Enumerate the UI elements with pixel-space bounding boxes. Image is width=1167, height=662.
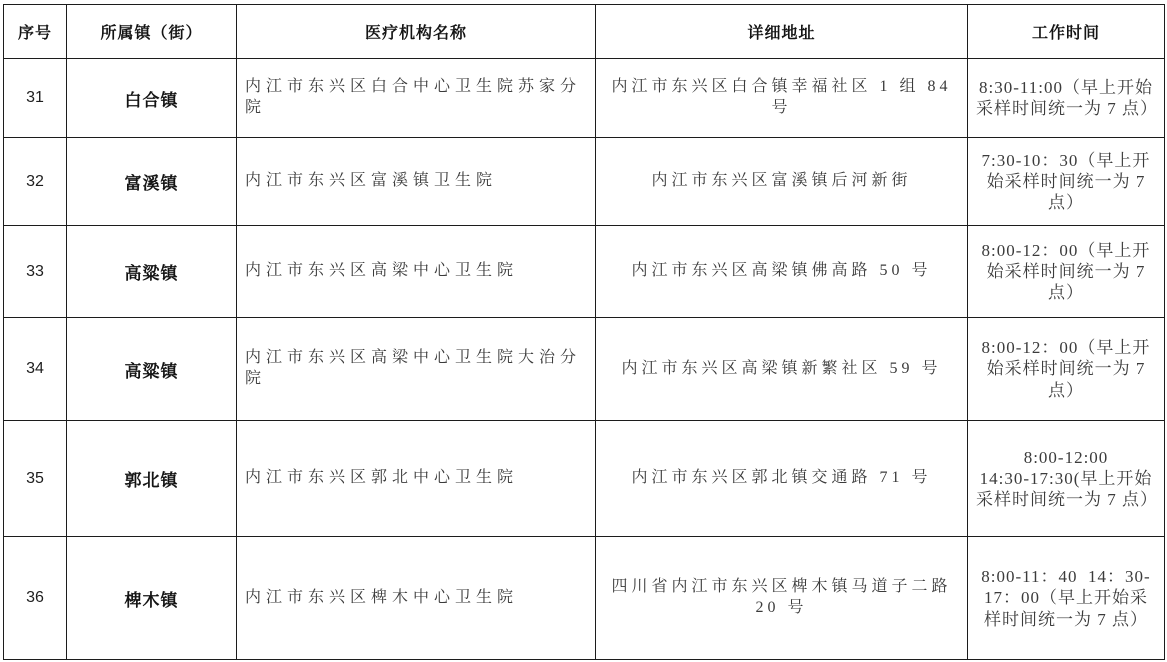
cell-serial-number: 34 — [4, 318, 67, 421]
header-serial-number: 序号 — [4, 5, 67, 59]
table-body: 31 白合镇 内江市东兴区白合中心卫生院苏家分院 内江市东兴区白合镇幸福社区 1… — [4, 59, 1165, 660]
cell-town: 富溪镇 — [67, 138, 237, 226]
cell-working-hours: 8:30-11:00（早上开始采样时间统一为 7 点） — [968, 59, 1165, 138]
cell-town: 郭北镇 — [67, 421, 237, 537]
table-row: 36 椑木镇 内江市东兴区椑木中心卫生院 四川省内江市东兴区椑木镇马道子二路 2… — [4, 537, 1165, 660]
cell-working-hours: 8:00-11：40 14：30-17：00（早上开始采样时间统一为 7 点） — [968, 537, 1165, 660]
cell-serial-number: 32 — [4, 138, 67, 226]
header-working-hours: 工作时间 — [968, 5, 1165, 59]
cell-institution-name: 内江市东兴区高梁中心卫生院大治分院 — [237, 318, 596, 421]
cell-address: 内江市东兴区富溪镇后河新街 — [596, 138, 968, 226]
cell-working-hours: 8:00-12：00（早上开始采样时间统一为 7 点） — [968, 318, 1165, 421]
table-row: 34 高粱镇 内江市东兴区高梁中心卫生院大治分院 内江市东兴区高梁镇新繁社区 5… — [4, 318, 1165, 421]
medical-sites-table: 序号 所属镇（街） 医疗机构名称 详细地址 工作时间 31 白合镇 内江市东兴区… — [3, 4, 1165, 660]
cell-address: 内江市东兴区白合镇幸福社区 1 组 84 号 — [596, 59, 968, 138]
header-row: 序号 所属镇（街） 医疗机构名称 详细地址 工作时间 — [4, 5, 1165, 59]
header-town: 所属镇（街） — [67, 5, 237, 59]
cell-working-hours: 7:30-10：30（早上开始采样时间统一为 7 点） — [968, 138, 1165, 226]
table-row: 35 郭北镇 内江市东兴区郭北中心卫生院 内江市东兴区郭北镇交通路 71 号 8… — [4, 421, 1165, 537]
table-row: 32 富溪镇 内江市东兴区富溪镇卫生院 内江市东兴区富溪镇后河新街 7:30-1… — [4, 138, 1165, 226]
cell-serial-number: 33 — [4, 226, 67, 318]
medical-sites-table-wrapper: 序号 所属镇（街） 医疗机构名称 详细地址 工作时间 31 白合镇 内江市东兴区… — [3, 4, 1167, 660]
cell-town: 白合镇 — [67, 59, 237, 138]
cell-institution-name: 内江市东兴区郭北中心卫生院 — [237, 421, 596, 537]
cell-address: 内江市东兴区高梁镇新繁社区 59 号 — [596, 318, 968, 421]
cell-institution-name: 内江市东兴区富溪镇卫生院 — [237, 138, 596, 226]
cell-serial-number: 35 — [4, 421, 67, 537]
cell-town: 高粱镇 — [67, 226, 237, 318]
cell-institution-name: 内江市东兴区高梁中心卫生院 — [237, 226, 596, 318]
header-address: 详细地址 — [596, 5, 968, 59]
cell-address: 内江市东兴区高梁镇佛高路 50 号 — [596, 226, 968, 318]
cell-address: 内江市东兴区郭北镇交通路 71 号 — [596, 421, 968, 537]
cell-serial-number: 31 — [4, 59, 67, 138]
cell-working-hours: 8:00-12：00（早上开始采样时间统一为 7 点） — [968, 226, 1165, 318]
table-row: 33 高粱镇 内江市东兴区高梁中心卫生院 内江市东兴区高梁镇佛高路 50 号 8… — [4, 226, 1165, 318]
cell-working-hours: 8:00-12:00 14:30-17:30(早上开始采样时间统一为 7 点） — [968, 421, 1165, 537]
cell-institution-name: 内江市东兴区白合中心卫生院苏家分院 — [237, 59, 596, 138]
header-institution-name: 医疗机构名称 — [237, 5, 596, 59]
cell-address: 四川省内江市东兴区椑木镇马道子二路 20 号 — [596, 537, 968, 660]
cell-town: 椑木镇 — [67, 537, 237, 660]
cell-serial-number: 36 — [4, 537, 67, 660]
table-row: 31 白合镇 内江市东兴区白合中心卫生院苏家分院 内江市东兴区白合镇幸福社区 1… — [4, 59, 1165, 138]
cell-institution-name: 内江市东兴区椑木中心卫生院 — [237, 537, 596, 660]
cell-town: 高粱镇 — [67, 318, 237, 421]
